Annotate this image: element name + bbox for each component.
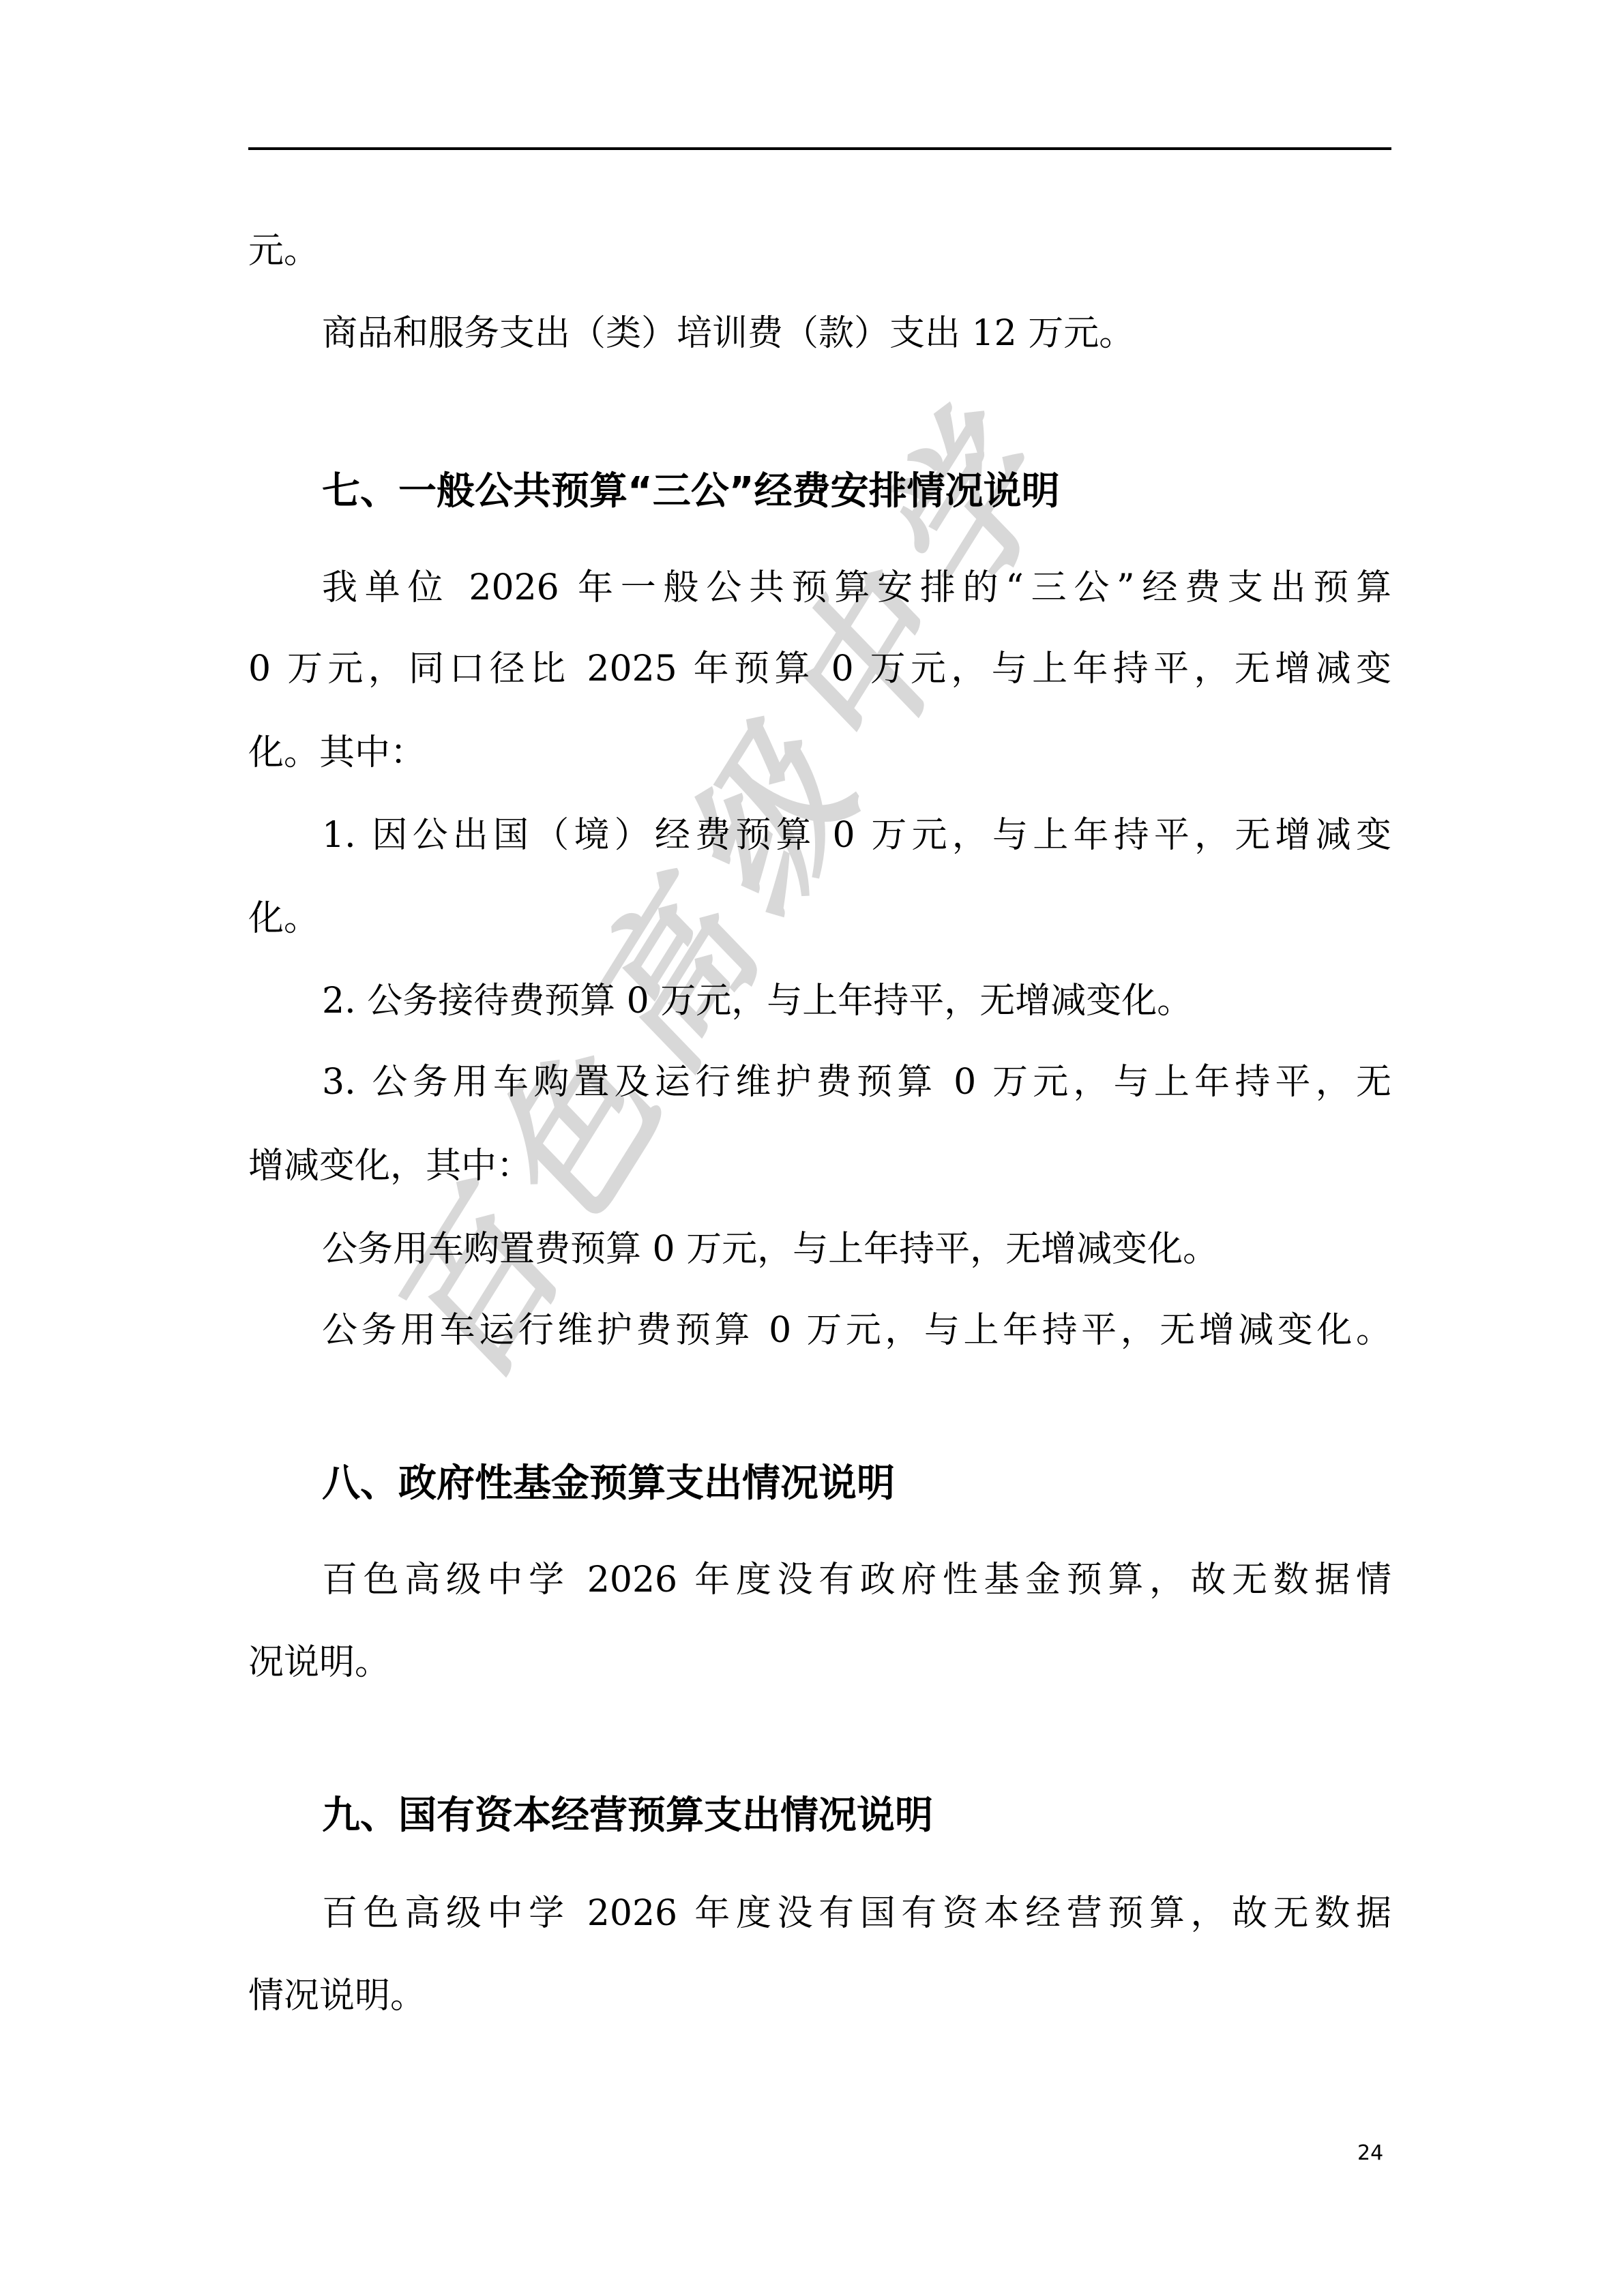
list-item-1: 1. 因公出国（境）经费预算 0 万元，与上年持平，无增减变 (322, 814, 1391, 857)
paragraph-line: 化。其中： (248, 731, 1391, 775)
page-number: 24 (1357, 2141, 1383, 2165)
paragraph-line: 百色高级中学 2026 年度没有国有资本经营预算，故无数据 (322, 1892, 1391, 1935)
paragraph-line: 百色高级中学 2026 年度没有政府性基金预算，故无数据情 (322, 1558, 1391, 1602)
paragraph-line: 况说明。 (248, 1641, 1391, 1684)
list-item-3: 3. 公务用车购置及运行维护费预算 0 万元，与上年持平，无 (322, 1060, 1391, 1104)
header-rule (248, 147, 1391, 150)
list-item-1-cont: 化。 (248, 897, 1391, 940)
document-page: 元。 商品和服务支出（类）培训费（款）支出 12 万元。 七、一般公共预算“三公… (0, 0, 1624, 2296)
section-8-heading: 八、政府性基金预算支出情况说明 (322, 1460, 895, 1508)
section-7-heading: 七、一般公共预算“三公”经费安排情况说明 (322, 468, 1060, 516)
paragraph-line: 元。 (248, 229, 1391, 273)
section-9-heading: 九、国有资本经营预算支出情况说明 (322, 1792, 933, 1840)
sub-item-purchase: 公务用车购置费预算 0 万元，与上年持平，无增减变化。 (322, 1227, 1391, 1271)
paragraph-line: 我单位 2026 年一般公共预算安排的“三公”经费支出预算 (322, 566, 1391, 610)
paragraph-line: 情况说明。 (248, 1974, 1391, 2018)
sub-item-maintenance: 公务用车运行维护费预算 0 万元，与上年持平，无增减变化。 (322, 1309, 1391, 1352)
paragraph-line: 0 万元，同口径比 2025 年预算 0 万元，与上年持平，无增减变 (248, 647, 1391, 691)
list-item-2: 2. 公务接待费预算 0 万元，与上年持平，无增减变化。 (322, 979, 1391, 1023)
paragraph-line: 商品和服务支出（类）培训费（款）支出 12 万元。 (322, 312, 1391, 355)
list-item-3-cont: 增减变化，其中： (248, 1144, 1391, 1188)
